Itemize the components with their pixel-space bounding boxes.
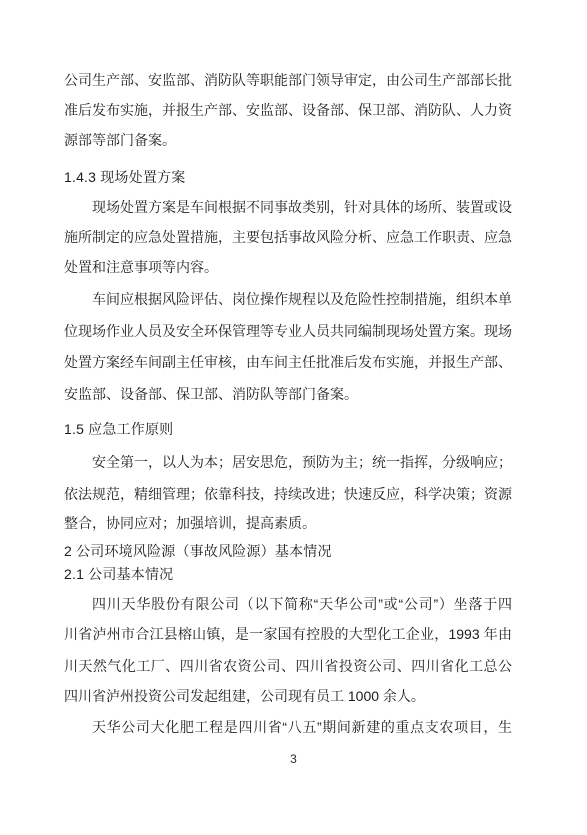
- text-line: 位现场作业人员及安全环保管理等专业人员共同编制现场处置方案。现场: [64, 321, 512, 343]
- text-line: 施所制定的应急处置措施，主要包括事故风险分析、应急工作职责、应急: [64, 227, 512, 249]
- text-line: 依法规范，精细管理；依靠科技，持续改进；快速反应，科学决策；资源: [64, 484, 512, 506]
- document-page: 公司生产部、安监部、消防队等职能部门领导审定，由公司生产部部长批 准后发布实施，…: [0, 0, 587, 835]
- text-line: 准后发布实施，并报生产部、安监部、设备部、保卫部、消防队、人力资: [64, 100, 512, 122]
- text-line: 现场处置方案是车间根据不同事故类别，针对具体的场所、装置或设: [64, 197, 512, 219]
- text-line: 四川天华股份有限公司（以下简称“天华公司”或“公司”）坐落于四: [64, 594, 512, 616]
- text-line: 安监部、设备部、保卫部、消防队等部门备案。: [64, 384, 512, 406]
- section-heading-1-5: 1.5 应急工作原则: [64, 419, 512, 441]
- section-heading-2-1: 2.1 公司基本情况: [64, 564, 512, 586]
- text-line: 天华公司大化肥工程是四川省“八五”期间新建的重点支农项目，生: [64, 717, 512, 739]
- text-line: 四川省泸州投资公司发起组建，公司现有员工 1000 余人。: [64, 686, 512, 708]
- text-line: 处置和注意事项等内容。: [64, 257, 512, 279]
- text-line: 安全第一，以人为本；居安思危，预防为主；统一指挥，分级响应；: [64, 452, 512, 474]
- text-line: 源部等部门备案。: [64, 130, 512, 152]
- text-line: 车间应根据风险评估、岗位操作规程以及危险性控制措施，组织本单: [64, 289, 512, 311]
- text-line: 川省泸州市合江县榕山镇，是一家国有控股的大型化工企业，1993 年由四: [64, 624, 512, 646]
- section-heading-2: 2 公司环境风险源（事故风险源）基本情况: [64, 541, 512, 563]
- text-line: 公司生产部、安监部、消防队等职能部门领导审定，由公司生产部部长批: [64, 70, 512, 92]
- text-line: 处置方案经车间副主任审核，由车间主任批准后发布实施，并报生产部、: [64, 352, 512, 374]
- text-line: 整合，协同应对；加强培训，提高素质。: [64, 513, 512, 535]
- page-number: 3: [0, 752, 587, 766]
- text-line: 川天然气化工厂、四川省农资公司、四川省投资公司、四川省化工总公司、: [64, 656, 512, 678]
- section-heading-1-4-3: 1.4.3 现场处置方案: [64, 167, 512, 189]
